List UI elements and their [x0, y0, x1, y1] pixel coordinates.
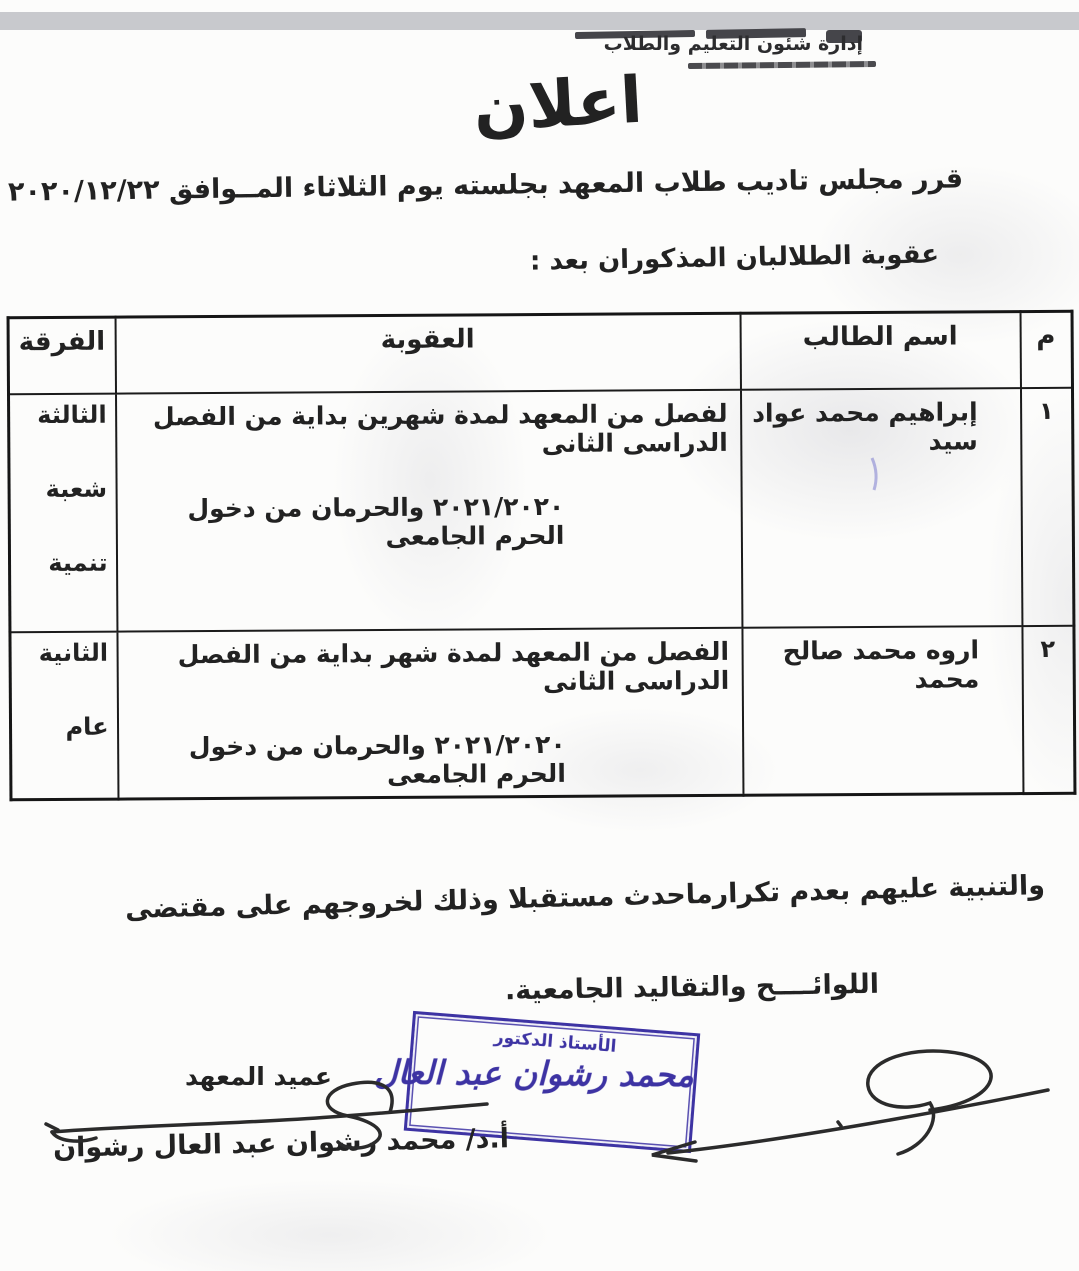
punishment-intro-line: عقوبة الطلالبان المذكوران بعد : — [530, 239, 940, 276]
decision-line: قرر مجلس تاديب طلاب المعهد بجلسته يوم ال… — [8, 163, 963, 207]
scan-artifact-bar — [0, 12, 1079, 30]
grade-line: تنمية — [13, 548, 108, 577]
dean-title: عميد المعهد — [185, 1062, 332, 1091]
stamp-signature: محمد رشوان عبد العال — [412, 1053, 694, 1094]
punishment-cell: الفصل من المعهد لمدة شهر بداية من الفصل … — [117, 627, 743, 799]
header-punishment: العقوبة — [115, 313, 740, 393]
grade-line: الثالثة — [12, 400, 107, 429]
student-name: اروه محمد صالح محمد — [742, 626, 1023, 796]
grade-line: عام — [14, 712, 109, 741]
table-row: ٢ اروه محمد صالح محمد الفصل من المعهد لم… — [10, 625, 1075, 799]
punishment-cell: لفصل من المعهد لمدة شهرين بداية من الفصل… — [116, 389, 742, 631]
header-student-name: اسم الطالب — [740, 312, 1020, 390]
grade-cell: الثانية عام — [10, 631, 118, 800]
warning-line-1: والتنبية عليهم بعدم تكرارماحدث مستقبلا و… — [125, 870, 1046, 925]
row-index: ٢ — [1022, 625, 1075, 793]
scanned-document-page: إدارة شئون التعليم والطلاب اعلان قرر مجل… — [0, 0, 1079, 1271]
punishment-line-2: ٢٠٢١/٢٠٢٠ والحرمان من دخول الحرم الجامعى — [127, 728, 734, 790]
department-underline — [688, 61, 876, 69]
dean-name: أ.د/ محمد رشوان عبد العال رشوان — [53, 1123, 510, 1164]
header-grade: الفرقة — [8, 317, 115, 394]
punishment-line-2: ٢٠٢١/٢٠٢٠ والحرمان من دخول الحرم الجامعى — [125, 490, 732, 552]
grade-line: الثانية — [13, 638, 108, 667]
grade-line: شعبة — [12, 474, 107, 503]
document-title: اعلان — [426, 61, 690, 149]
student-name: إبراهيم محمد عواد سيد — [740, 388, 1021, 628]
secondary-signature-stroke — [652, 1051, 1048, 1161]
header-index: م — [1020, 311, 1072, 387]
punishment-table: م اسم الطالب العقوبة الفرقة ١ إبراهيم مح… — [7, 310, 1077, 802]
warning-line-2: اللوائــــح والتقاليد الجامعية. — [505, 969, 880, 1007]
table-header-row: م اسم الطالب العقوبة الفرقة — [8, 311, 1072, 393]
table-row: ١ إبراهيم محمد عواد سيد لفصل من المعهد ل… — [9, 387, 1074, 631]
punishment-line-1: لفصل من المعهد لمدة شهرين بداية من الفصل… — [125, 398, 732, 460]
punishment-line-1: الفصل من المعهد لمدة شهر بداية من الفصل … — [126, 636, 733, 698]
row-index: ١ — [1020, 387, 1073, 625]
department-name: إدارة شئون التعليم والطلاب — [604, 33, 863, 55]
grade-cell: الثالثة شعبة تنمية — [9, 393, 117, 632]
